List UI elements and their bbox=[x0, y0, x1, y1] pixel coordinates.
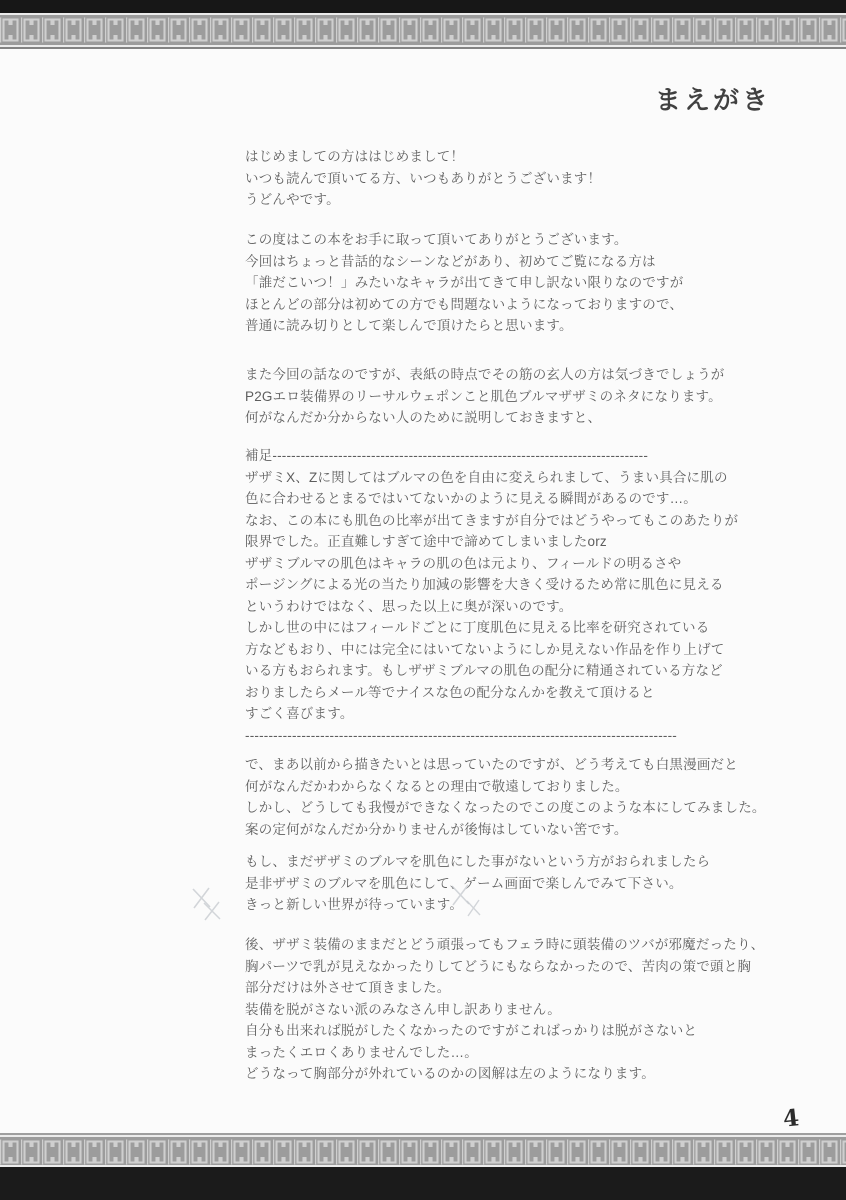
text-line: 是非ザザミのブルマを肌色にして、ゲーム画面で楽しんでみて下さい。 bbox=[245, 873, 710, 895]
text-line: 「誰だこいつ！」みたいなキャラが出てきて申し訳ない限りなのですが bbox=[245, 272, 683, 294]
text-line: 普通に読み切りとして楽しんで頂けたらと思います。 bbox=[245, 315, 683, 337]
text-line: 何がなんだかわからなくなるとの理由で敬遠しておりました。 bbox=[245, 776, 766, 798]
text-line: 案の定何がなんだか分かりませんが後悔はしていない筈です。 bbox=[245, 819, 766, 841]
page-title: まえがき bbox=[655, 80, 771, 117]
text-line: ザザミブルマの肌色はキャラの肌の色は元より、フィールドの明るさや bbox=[245, 553, 738, 575]
text-line: いる方もおられます。もしザザミブルマの肌色の配分に精通されている方など bbox=[245, 660, 738, 682]
greek-key-border-top bbox=[0, 13, 846, 47]
text-line: どうなって胸部分が外れているのかの図解は左のようになります。 bbox=[245, 1063, 764, 1085]
text-line: すごく喜びます。 bbox=[245, 703, 738, 725]
greek-key-border-bottom bbox=[0, 1135, 846, 1167]
text-line: ポージングによる光の当たり加減の影響を大きく受けるため常に肌色に見える bbox=[245, 574, 738, 596]
paragraph-supplement-note: 補足--------------------------------------… bbox=[245, 445, 738, 746]
text-line: 何がなんだか分からない人のために説明しておきますと、 bbox=[245, 407, 725, 429]
text-line: 装備を脱がさない派のみなさん申し訳ありません。 bbox=[245, 999, 764, 1021]
text-line: まったくエロくありませんでした…。 bbox=[245, 1042, 764, 1064]
text-line: うどんやです。 bbox=[245, 189, 601, 211]
text-line: 自分も出来れば脱がしたくなかったのですがこればっかりは脱がさないと bbox=[245, 1020, 764, 1042]
sparkle-cross-icon bbox=[201, 899, 223, 922]
text-line: 補足--------------------------------------… bbox=[245, 445, 738, 467]
greek-key-pattern bbox=[0, 15, 846, 45]
page-edge-black-top bbox=[0, 0, 846, 13]
text-line: 後、ザザミ装備のままだとどう頑張ってもフェラ時に頭装備のツバが邪魔だったり、 bbox=[245, 934, 764, 956]
page-number: 4 bbox=[782, 1104, 801, 1133]
scanned-preface-page: まえがき はじめましての方ははじめまして！いつも読んで頂いてる方、いつもありがと… bbox=[0, 0, 846, 1200]
text-line: で、まあ以前から描きたいとは思っていたのですが、どう考えても白黒漫画だと bbox=[245, 754, 766, 776]
sparkle-cross-icon bbox=[464, 897, 483, 918]
text-line: ザザミX、Zに関してはブルマの色を自由に変えられまして、うまい具合に肌の bbox=[245, 467, 738, 489]
text-line: P2Gエロ装備界のリーサルウェポンこと肌色ブルマザザミのネタになります。 bbox=[245, 386, 725, 408]
text-line: 胸パーツで乳が見えなかったりしてどうにもならなかったので、苦肉の策で頭と胸 bbox=[245, 956, 764, 978]
paragraph-topic: また今回の話なのですが、表紙の時点でその筋の玄人の方は気づきでしょうがP2Gエロ… bbox=[245, 364, 725, 429]
text-line: しかし、どうしても我慢ができなくなったのでこの度このような本にしてみました。 bbox=[245, 797, 766, 819]
text-line: 限界でした。正直難しすぎて途中で諦めてしまいましたorz bbox=[245, 531, 738, 553]
paragraph-thanks: この度はこの本をお手に取って頂いてありがとうございます。今回はちょっと昔話的なシ… bbox=[245, 229, 683, 337]
text-line: この度はこの本をお手に取って頂いてありがとうございます。 bbox=[245, 229, 683, 251]
text-line: また今回の話なのですが、表紙の時点でその筋の玄人の方は気づきでしょうが bbox=[245, 364, 725, 386]
text-line: 部分だけは外させて頂きました。 bbox=[245, 977, 764, 999]
text-line: なお、この本にも肌色の比率が出てきますが自分ではどうやってもこのあたりが bbox=[245, 510, 738, 532]
text-line: はじめましての方ははじめまして！ bbox=[245, 146, 601, 168]
text-line: 方などもおり、中には完全にはいてないようにしか見えない作品を作り上げて bbox=[245, 639, 738, 661]
text-line: いつも読んで頂いてる方、いつもありがとうございます！ bbox=[245, 168, 601, 190]
text-line: 色に合わせるとまるではいてないかのように見える瞬間があるのです…。 bbox=[245, 488, 738, 510]
paragraph-greeting: はじめましての方ははじめまして！いつも読んで頂いてる方、いつもありがとうございま… bbox=[245, 146, 601, 211]
paragraph-reason: で、まあ以前から描きたいとは思っていたのですが、どう考えても白黒漫画だと何がなん… bbox=[245, 754, 766, 840]
text-line: おりましたらメール等でナイスな色の配分なんかを教えて頂けると bbox=[245, 682, 738, 704]
text-line: しかし世の中にはフィールドごとに丁度肌色に見える比率を研究されている bbox=[245, 617, 738, 639]
text-line: ほとんどの部分は初めての方でも問題ないようになっておりますので、 bbox=[245, 294, 683, 316]
greek-key-pattern bbox=[0, 1137, 846, 1165]
text-line: というわけではなく、思った以上に奥が深いのです。 bbox=[245, 596, 738, 618]
text-line: 今回はちょっと昔話的なシーンなどがあり、初めてご覧になる方は bbox=[245, 251, 683, 273]
page-edge-black-bottom bbox=[0, 1167, 846, 1200]
border-accent-line-top bbox=[0, 47, 846, 49]
paragraph-gear-apology: 後、ザザミ装備のままだとどう頑張ってもフェラ時に頭装備のツバが邪魔だったり、胸パ… bbox=[245, 934, 764, 1085]
text-line: もし、まだザザミのブルマを肌色にした事がないという方がおられましたら bbox=[245, 851, 710, 873]
text-line: ----------------------------------------… bbox=[245, 725, 738, 747]
